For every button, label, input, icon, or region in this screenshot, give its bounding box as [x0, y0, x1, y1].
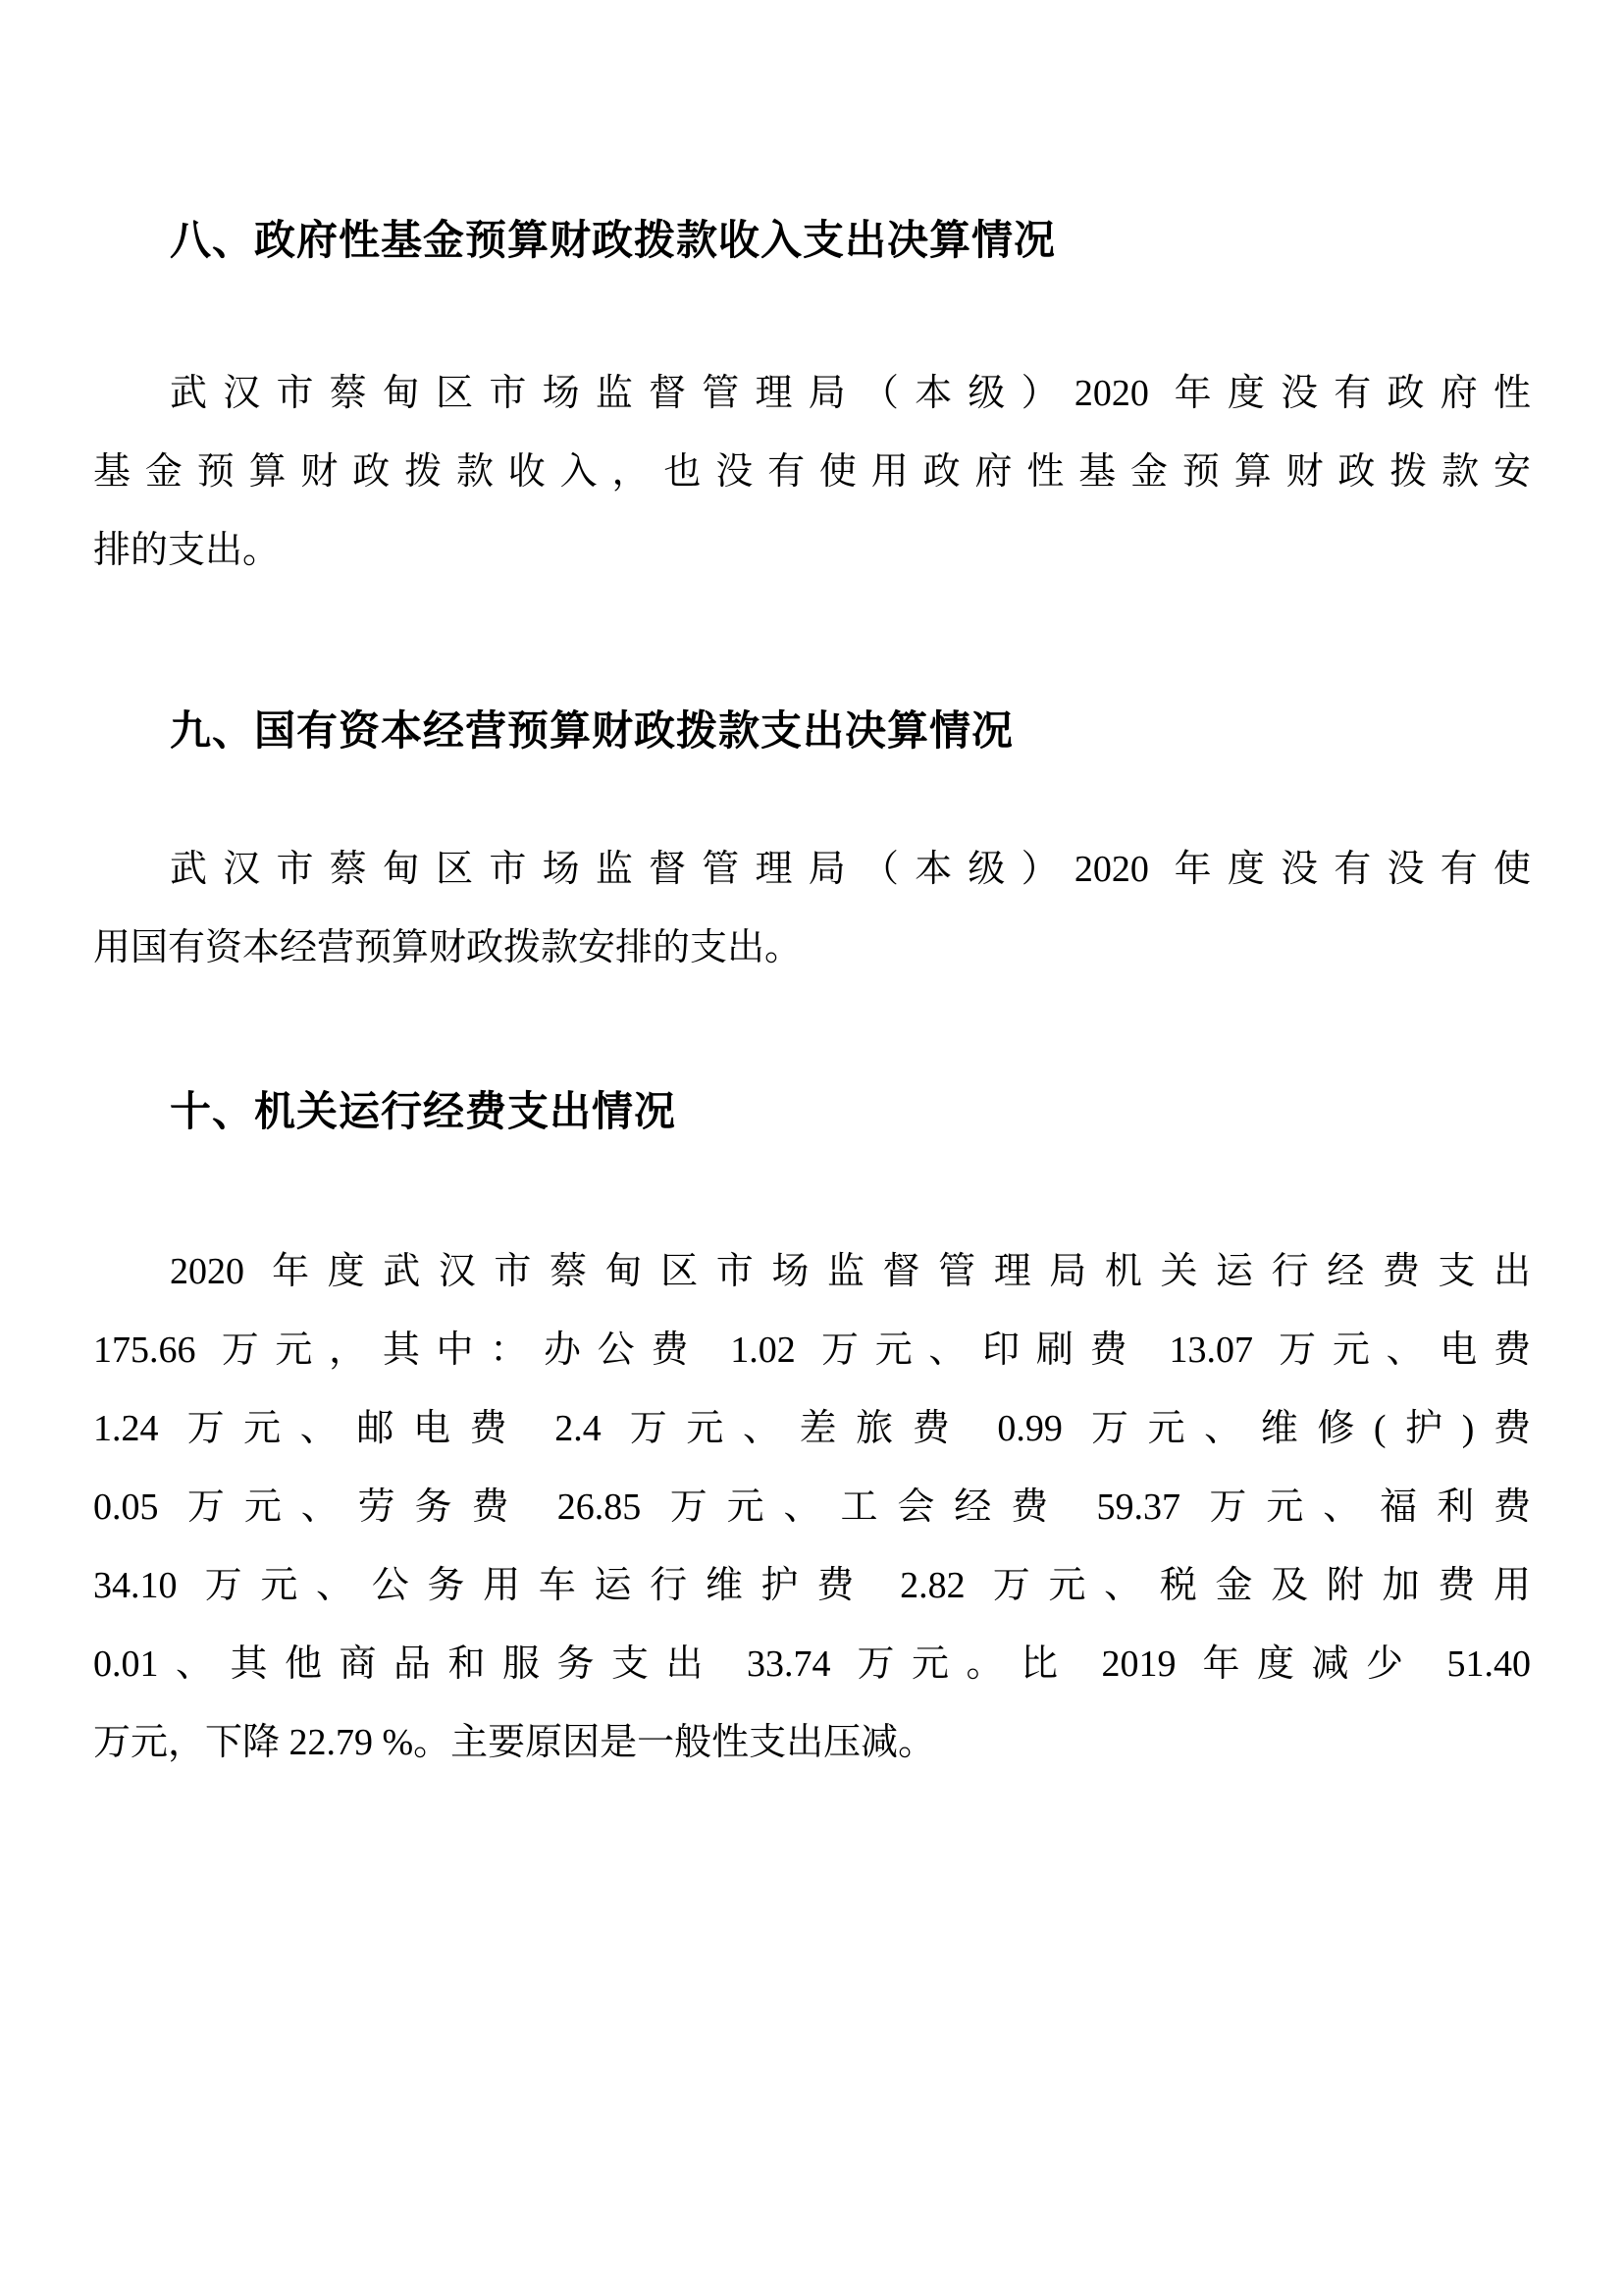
section-9-paragraph: 武汉市蔡甸区市场监督管理局（本级）2020 年度没有没有使 用国有资本经营预算财… — [93, 830, 1531, 987]
paragraph-line: 2020 年度武汉市蔡甸区市场监督管理局机关运行经费支出 — [93, 1232, 1531, 1311]
paragraph-line: 0.05 万元、劳务费 26.85 万元、工会经费 59.37 万元、福利费 — [93, 1468, 1531, 1546]
paragraph-line: 武汉市蔡甸区市场监督管理局（本级）2020 年度没有政府性 — [93, 354, 1531, 433]
paragraph-line: 用国有资本经营预算财政拨款安排的支出。 — [93, 909, 1531, 987]
section-10-paragraph: 2020 年度武汉市蔡甸区市场监督管理局机关运行经费支出 175.66 万元，其… — [93, 1232, 1531, 1782]
paragraph-line: 175.66 万元，其中：办公费 1.02 万元、印刷费 13.07 万元、电费 — [93, 1311, 1531, 1389]
paragraph-line: 武汉市蔡甸区市场监督管理局（本级）2020 年度没有没有使 — [93, 830, 1531, 909]
section-heading-9: 九、国有资本经营预算财政拨款支出决算情况 — [93, 692, 1531, 770]
paragraph-line: 34.10 万元、公务用车运行维护费 2.82 万元、税金及附加费用 — [93, 1546, 1531, 1625]
paragraph-line: 万元，下降 22.79 %。主要原因是一般性支出压减。 — [93, 1703, 1531, 1782]
paragraph-line: 0.01、其他商品和服务支出 33.74 万元。比 2019 年度减少 51.4… — [93, 1625, 1531, 1703]
paragraph-line: 排的支出。 — [93, 511, 1531, 590]
section-8-paragraph: 武汉市蔡甸区市场监督管理局（本级）2020 年度没有政府性 基金预算财政拨款收入… — [93, 354, 1531, 590]
paragraph-line: 基金预算财政拨款收入，也没有使用政府性基金预算财政拨款安 — [93, 433, 1531, 511]
paragraph-line: 1.24 万元、邮电费 2.4 万元、差旅费 0.99 万元、维修(护)费 — [93, 1389, 1531, 1468]
document-page: 八、政府性基金预算财政拨款收入支出决算情况 武汉市蔡甸区市场监督管理局（本级）2… — [0, 0, 1624, 2295]
section-heading-10: 十、机关运行经费支出情况 — [93, 1072, 1531, 1151]
section-heading-8: 八、政府性基金预算财政拨款收入支出决算情况 — [93, 201, 1531, 280]
